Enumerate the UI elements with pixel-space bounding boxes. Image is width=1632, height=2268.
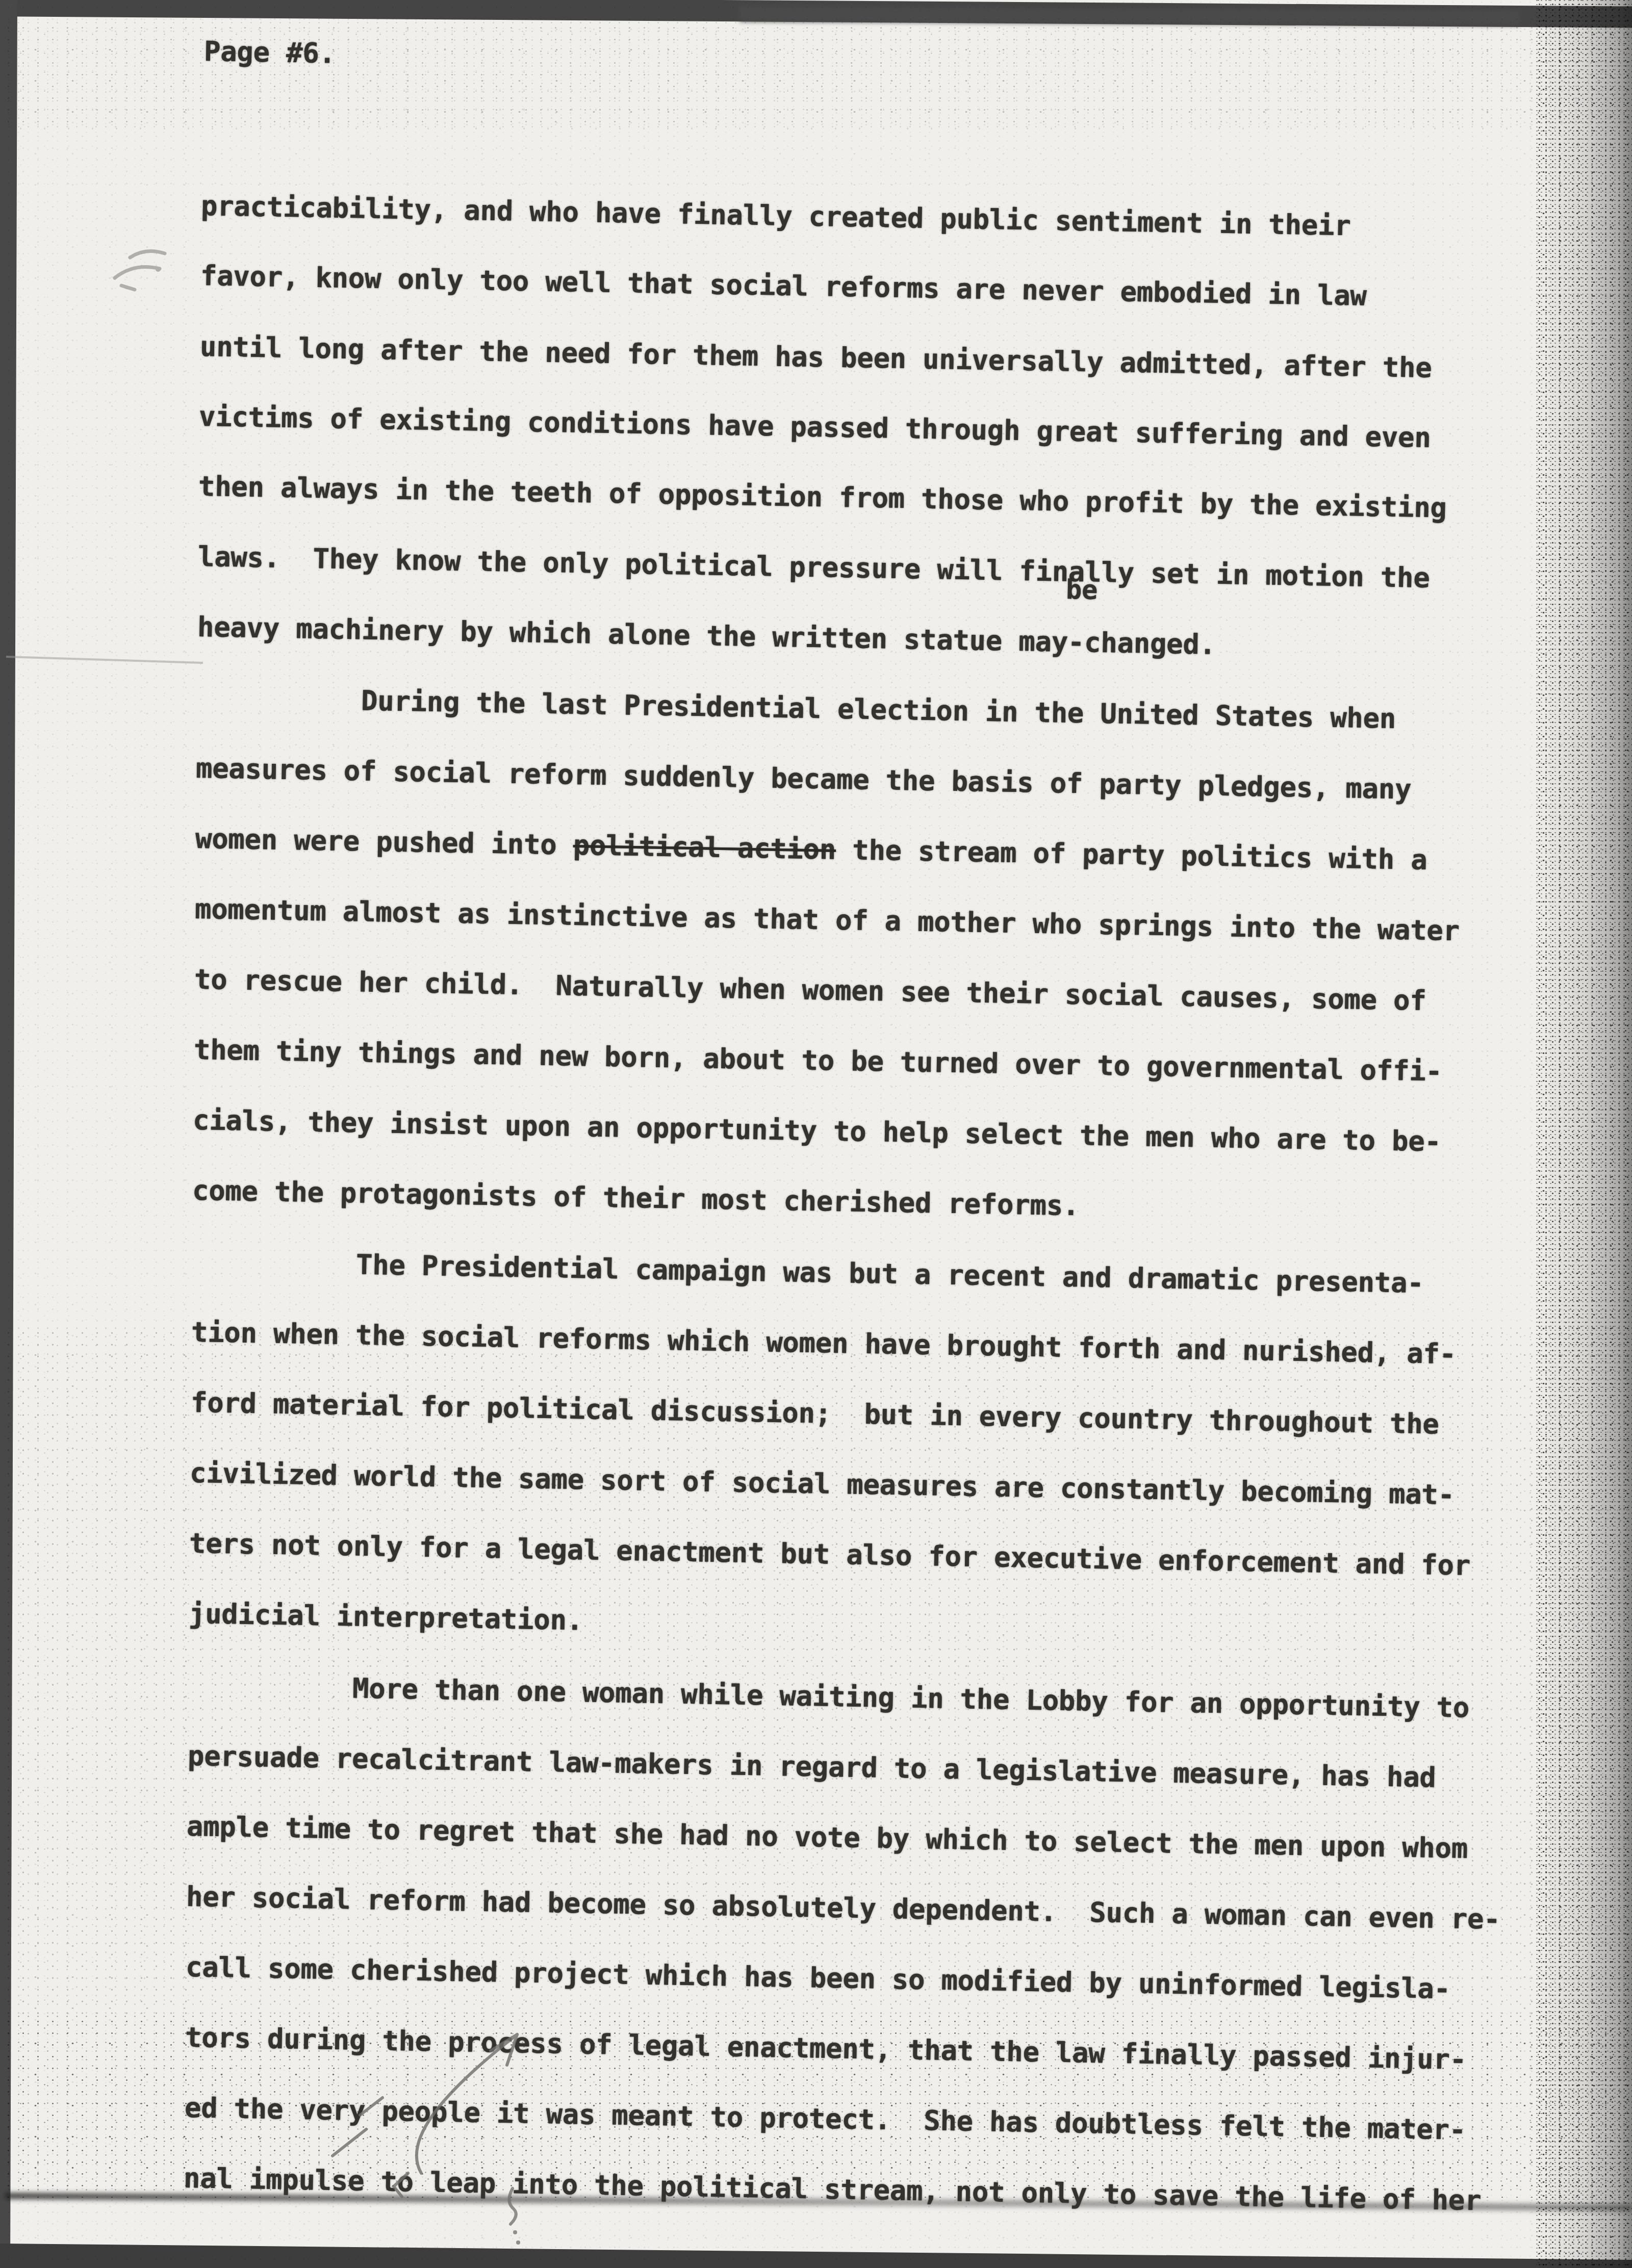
text-before-strike: women were pushed into	[195, 822, 573, 861]
typewritten-line-with-strikethrough: women were pushed into political action …	[195, 824, 1427, 875]
scanner-bed-left-edge	[0, 0, 23, 2268]
typewritten-line: tion when the social reforms which women…	[191, 1318, 1456, 1369]
typewritten-line: ford material for political discussion; …	[190, 1388, 1439, 1439]
struck-out-text: political action	[573, 829, 836, 866]
typewritten-line: ed the very people it was meant to prote…	[184, 2093, 1466, 2145]
typewritten-line: measures of social reform suddenly becam…	[195, 754, 1411, 805]
typewritten-line: cials, they insist upon an opportunity t…	[192, 1105, 1441, 1157]
typewritten-line: come the protagonists of their most cher…	[192, 1176, 1079, 1221]
typewritten-line: practicability, and who have finally cre…	[200, 191, 1350, 241]
typewritten-line: until long after the need for them has b…	[199, 332, 1432, 383]
typewritten-line: victims of existing conditions have pass…	[198, 402, 1431, 453]
typewritten-line: then always in the teeth of opposition f…	[198, 472, 1447, 523]
typewritten-line: More than one woman while waiting in the…	[188, 1671, 1469, 1723]
scanner-bed-bottom-edge	[0, 2239, 1632, 2268]
typewritten-line: momentum almost as instinctive as that o…	[194, 894, 1460, 946]
pencil-smudge	[115, 251, 165, 290]
crease-line	[6, 657, 203, 663]
typewritten-line: The Presidential campaign was but a rece…	[191, 1247, 1423, 1298]
typewritten-line: During the last Presidential election in…	[196, 683, 1396, 734]
typewritten-line: heavy machinery by which alone the writt…	[197, 612, 1216, 660]
typewritten-line: persuade recalcitrant law-makers in rega…	[187, 1741, 1436, 1793]
scanned-typewritten-page: { "doc": { "header": "Page #6.", "interl…	[0, 0, 1632, 2268]
typewritten-line: favor, know only too well that social re…	[200, 261, 1367, 311]
typewritten-line: ample time to regret that she had no vot…	[186, 1812, 1468, 1864]
typewritten-line: civilized world the same sort of social …	[189, 1458, 1455, 1510]
typewritten-line: judicial interpretation.	[188, 1599, 583, 1635]
right-edge-shadow	[1535, 0, 1632, 2268]
typewritten-line: her social reform had become so absolute…	[186, 1882, 1500, 1935]
page-number-header: Page #6.	[203, 37, 336, 68]
typewritten-line: them tiny things and new born, about to …	[193, 1035, 1442, 1087]
typewritten-line: call some cherished project which has be…	[185, 1952, 1450, 2004]
typewritten-line: nal impulse to leap into the political s…	[183, 2163, 1481, 2215]
interlinear-insertion: be	[1065, 575, 1098, 605]
typewritten-line: ters not only for a legal enactment but …	[189, 1529, 1470, 1581]
typewritten-line: to rescue her child. Naturally when wome…	[194, 965, 1426, 1016]
typewritten-line: tors during the process of legal enactme…	[185, 2023, 1466, 2075]
typewritten-line: laws. They know the only political press…	[197, 542, 1430, 593]
text-after-strike: the stream of party politics with a	[836, 834, 1428, 876]
